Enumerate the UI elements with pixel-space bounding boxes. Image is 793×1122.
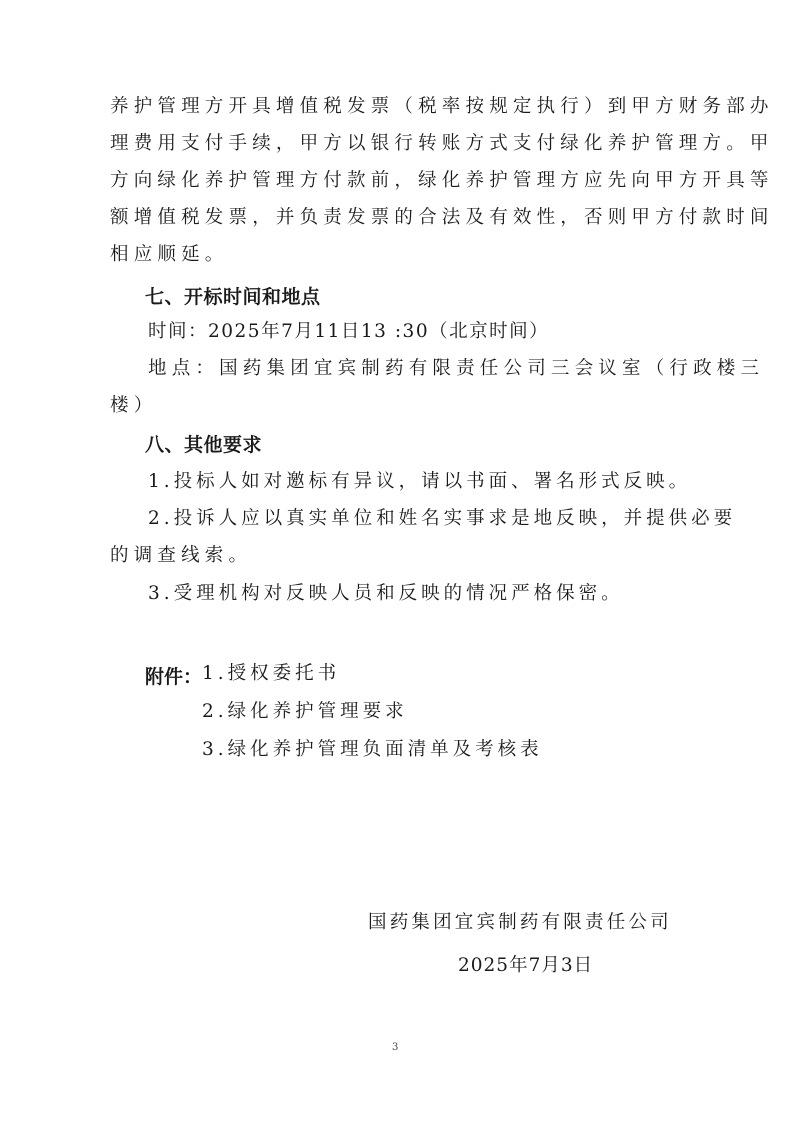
bid-opening-time: 时间：2025年7月11日13 :30（北京时间）	[148, 320, 549, 344]
signature-company: 国药集团宜宾制药有限责任公司	[368, 911, 672, 935]
paragraph-line: 额增值税发票，并负责发票的合法及有效性，否则甲方付款时间	[110, 206, 774, 230]
signature-date: 2025年7月3日	[458, 954, 593, 978]
page-number: 3	[392, 1042, 398, 1053]
bid-opening-location-cont: 楼）	[110, 394, 157, 418]
document-page: 养护管理方开具增值税发票（税率按规定执行）到甲方财务部办 理费用支付手续，甲方以…	[0, 0, 793, 1122]
requirement-item-3: 3.受理机构对反映人员和反映的情况严格保密。	[148, 582, 624, 606]
attachment-item: 1.授权委托书	[202, 662, 340, 686]
requirement-item-2: 2.投诉人应以真实单位和姓名实事求是地反映，并提供必要	[148, 507, 736, 531]
paragraph-line: 养护管理方开具增值税发票（税率按规定执行）到甲方财务部办	[110, 95, 774, 119]
attachment-item: 2.绿化养护管理要求	[202, 700, 408, 724]
bid-opening-location: 地点：国药集团宜宾制药有限责任公司三会议室（行政楼三	[148, 357, 764, 381]
requirement-item-1: 1.投标人如对邀标有异议，请以书面、署名形式反映。	[148, 470, 691, 494]
section-heading-8: 八、其他要求	[145, 433, 262, 457]
paragraph-line: 方向绿化养护管理方付款前，绿化养护管理方应先向甲方开具等	[110, 169, 774, 193]
attachment-item: 3.绿化养护管理负面清单及考核表	[202, 738, 543, 762]
requirement-item-2-cont: 的调查线索。	[110, 544, 252, 568]
paragraph-line: 理费用支付手续，甲方以银行转账方式支付绿化养护管理方。甲	[110, 132, 774, 156]
attachments-label: 附件：	[145, 662, 202, 689]
paragraph-line: 相应顺延。	[110, 243, 229, 267]
section-heading-7: 七、开标时间和地点	[145, 285, 321, 309]
